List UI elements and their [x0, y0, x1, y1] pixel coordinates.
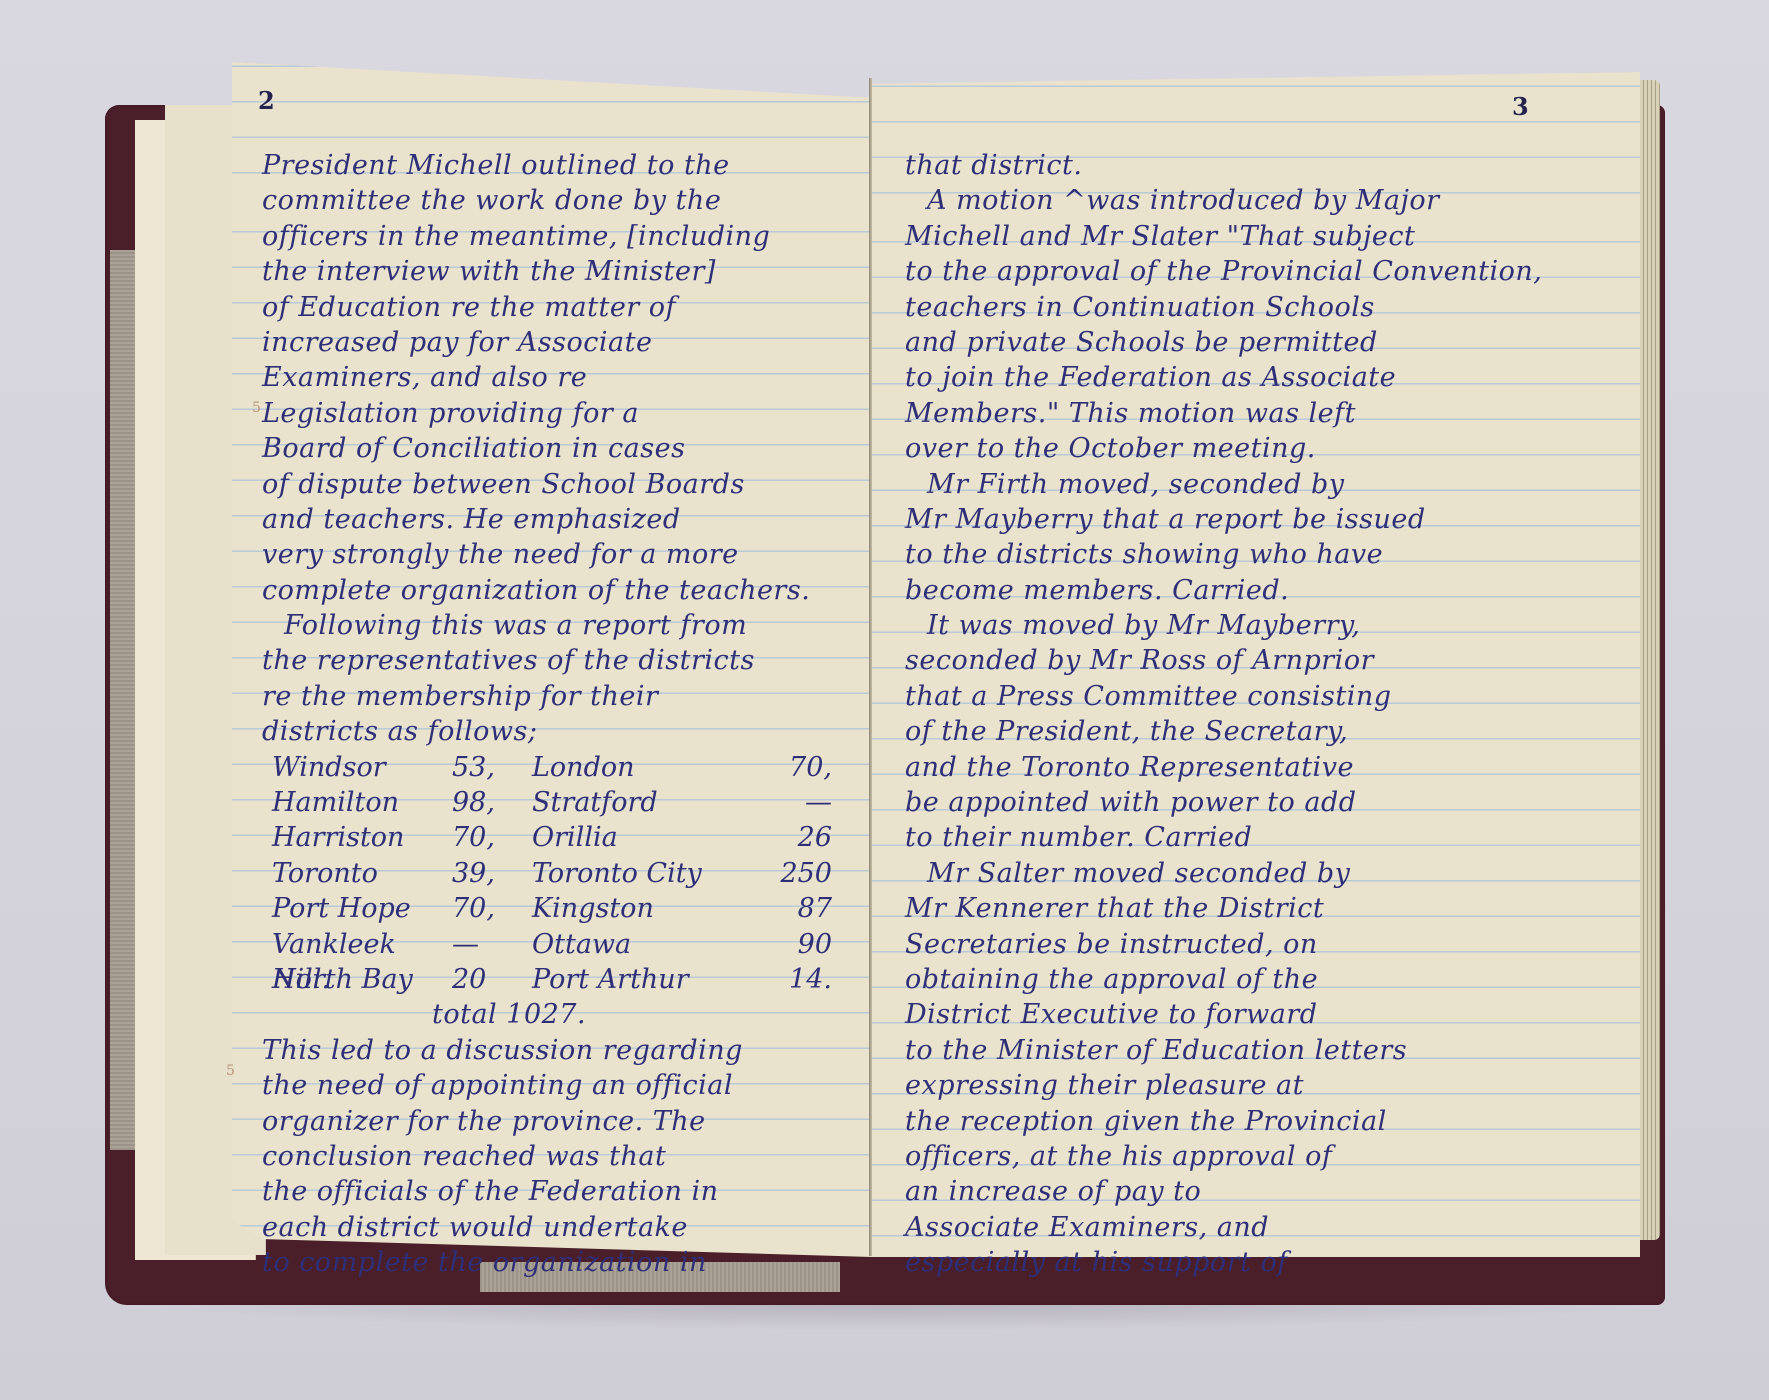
handwritten-line: teachers in Continuation Schools	[905, 290, 1630, 325]
handwritten-line: of the President, the Secretary,	[905, 714, 1630, 749]
member-count: 20	[452, 962, 532, 997]
handwritten-line: especially at his support of	[905, 1245, 1630, 1280]
table-row: Harriston 70, Orillia 26	[262, 820, 862, 855]
district-name: Stratford	[532, 785, 752, 820]
right-page-number: 3	[1512, 92, 1529, 121]
handwritten-line: expressing their pleasure at	[905, 1068, 1630, 1103]
handwritten-line: to join the Federation as Associate	[905, 360, 1630, 395]
handwritten-line: seconded by Mr Ross of Arnprior	[905, 643, 1630, 678]
table-row: North Bay 20 Port Arthur 14.	[262, 962, 862, 997]
member-count: —	[752, 785, 832, 820]
district-name: Toronto	[262, 856, 452, 891]
handwritten-line: to the Minister of Education letters	[905, 1033, 1630, 1068]
handwritten-line: districts as follows;	[262, 714, 862, 749]
member-count: —	[452, 927, 532, 962]
handwritten-line: President Michell outlined to the	[262, 148, 862, 183]
handwritten-line: and teachers. He emphasized	[262, 502, 862, 537]
member-count: 53,	[452, 750, 532, 785]
handwritten-line: Secretaries be instructed, on	[905, 927, 1630, 962]
handwritten-line: re the membership for their	[262, 679, 862, 714]
member-count: 14.	[752, 962, 832, 997]
table-row: Hamilton 98, Stratford —	[262, 785, 862, 820]
left-page-text: President Michell outlined to the commit…	[262, 148, 862, 1281]
handwritten-line: to the approval of the Provincial Conven…	[905, 254, 1630, 289]
handwritten-line: Associate Examiners, and	[905, 1210, 1630, 1245]
table-row: Windsor 53, London 70,	[262, 750, 862, 785]
handwritten-line: and private Schools be permitted	[905, 325, 1630, 360]
handwritten-line: Members." This motion was left	[905, 396, 1630, 431]
table-row: Toronto 39, Toronto City 250	[262, 856, 862, 891]
district-name: Port Arthur	[532, 962, 752, 997]
handwritten-line: Mr Salter moved seconded by	[905, 856, 1630, 891]
handwritten-line: Following this was a report from	[262, 608, 862, 643]
handwritten-line: an increase of pay to	[905, 1174, 1630, 1209]
member-count: 70,	[452, 891, 532, 926]
handwritten-line: to complete the organization in	[262, 1245, 862, 1280]
handwritten-line: A motion ^was introduced by Major	[905, 183, 1630, 218]
handwritten-line: the representatives of the districts	[262, 643, 862, 678]
handwritten-line: that a Press Committee consisting	[905, 679, 1630, 714]
book-gutter	[869, 78, 872, 1256]
handwritten-line: Mr Mayberry that a report be issued	[905, 502, 1630, 537]
margin-mark: 5	[252, 400, 261, 416]
handwritten-line: to the districts showing who have	[905, 537, 1630, 572]
handwritten-line: obtaining the approval of the	[905, 962, 1630, 997]
handwritten-line: Examiners, and also re	[262, 360, 862, 395]
handwritten-line: become members. Carried.	[905, 573, 1630, 608]
left-page-number: 2	[258, 86, 275, 115]
table-row: Vankleek Hill. — Ottawa 90	[262, 927, 862, 962]
member-count: 70,	[452, 820, 532, 855]
handwritten-line: to their number. Carried	[905, 820, 1630, 855]
member-count: 90	[752, 927, 832, 962]
district-name: Windsor	[262, 750, 452, 785]
district-name: Kingston	[532, 891, 752, 926]
membership-table: Windsor 53, London 70, Hamilton 98, Stra…	[262, 750, 862, 998]
handwritten-line: very strongly the need for a more	[262, 537, 862, 572]
district-name: Orillia	[532, 820, 752, 855]
membership-total: total 1027.	[262, 997, 862, 1032]
handwritten-line: conclusion reached was that	[262, 1139, 862, 1174]
handwritten-line: the need of appointing an official	[262, 1068, 862, 1103]
member-count: 39,	[452, 856, 532, 891]
district-name: Toronto City	[532, 856, 752, 891]
district-name: Port Hope	[262, 891, 452, 926]
member-count: 98,	[452, 785, 532, 820]
handwritten-line: complete organization of the teachers.	[262, 573, 862, 608]
handwritten-line: of Education re the matter of	[262, 290, 862, 325]
handwritten-line: Board of Conciliation in cases	[262, 431, 862, 466]
handwritten-line: the interview with the Minister]	[262, 254, 862, 289]
district-name: London	[532, 750, 752, 785]
handwritten-line: District Executive to forward	[905, 997, 1630, 1032]
handwritten-line: the officials of the Federation in	[262, 1174, 862, 1209]
handwritten-line: officers in the meantime, [including	[262, 219, 862, 254]
right-page-text: that district. A motion ^was introduced …	[905, 148, 1630, 1281]
member-count: 87	[752, 891, 832, 926]
margin-mark: 5	[226, 1063, 235, 1079]
handwritten-line: increased pay for Associate	[262, 325, 862, 360]
handwritten-line: officers, at the his approval of	[905, 1139, 1630, 1174]
handwritten-line: be appointed with power to add	[905, 785, 1630, 820]
handwritten-line: Mr Firth moved, seconded by	[905, 467, 1630, 502]
handwritten-line: over to the October meeting.	[905, 431, 1630, 466]
handwritten-line: Michell and Mr Slater "That subject	[905, 219, 1630, 254]
member-count: 250	[752, 856, 832, 891]
district-name: North Bay	[262, 962, 452, 997]
handwritten-line: Legislation providing for a	[262, 396, 862, 431]
district-name: Hamilton	[262, 785, 452, 820]
handwritten-line: the reception given the Provincial	[905, 1104, 1630, 1139]
handwritten-line: This led to a discussion regarding	[262, 1033, 862, 1068]
table-row: Port Hope 70, Kingston 87	[262, 891, 862, 926]
handwritten-line: of dispute between School Boards	[262, 467, 862, 502]
handwritten-line: each district would undertake	[262, 1210, 862, 1245]
handwritten-line: It was moved by Mr Mayberry,	[905, 608, 1630, 643]
handwritten-line: committee the work done by the	[262, 183, 862, 218]
district-name: Ottawa	[532, 927, 752, 962]
handwritten-line: and the Toronto Representative	[905, 750, 1630, 785]
district-name: Vankleek Hill.	[262, 927, 452, 962]
page-edges	[1640, 80, 1660, 1240]
district-name: Harriston	[262, 820, 452, 855]
handwritten-line: that district.	[905, 148, 1630, 183]
handwritten-line: Mr Kennerer that the District	[905, 891, 1630, 926]
handwritten-line: organizer for the province. The	[262, 1104, 862, 1139]
member-count: 70,	[752, 750, 832, 785]
member-count: 26	[752, 820, 832, 855]
